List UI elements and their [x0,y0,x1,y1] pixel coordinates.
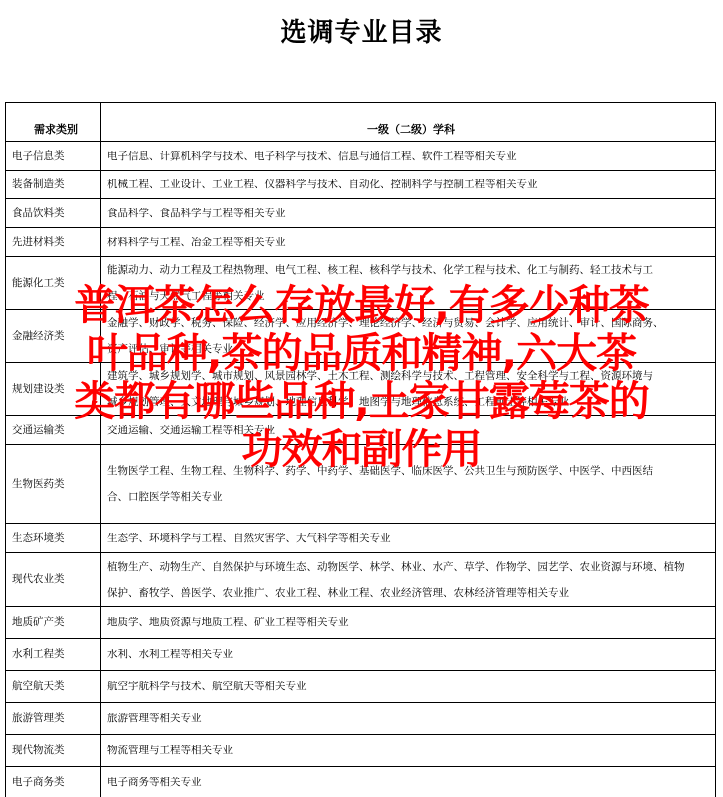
subjects-cell: 能源动力、动力工程及工程热物理、电气工程、核工程、核科学与技术、化学工程与技术、… [101,257,716,310]
category-cell: 规划建设类 [6,363,101,416]
subjects-cell: 生物医学工程、生物工程、生物科学、药学、中药学、基础医学、临床医学、公共卫生与预… [101,445,716,524]
table-row: 现代物流类物流管理与工程等相关专业 [6,735,716,767]
category-cell: 食品饮料类 [6,199,101,228]
subjects-cell: 水利、水利工程等相关专业 [101,639,716,671]
subjects-cell: 食品科学、食品科学与工程等相关专业 [101,199,716,228]
subjects-line: 材料科学与工程、冶金工程等相关专业 [107,237,715,248]
header-category: 需求类别 [6,103,101,142]
subjects-line: 交通运输、交通运输工程等相关专业 [107,425,715,436]
subjects-cell: 地质学、地质资源与地质工程、矿业工程等相关专业 [101,607,716,639]
subjects-line: 食品科学、食品科学与工程等相关专业 [107,208,715,219]
table-row: 规划建设类建筑学、城乡规划学、城市规划、风景园林学、土木工程、测绘科学与技术、工… [6,363,716,416]
subjects-line: 资产评估、审计等相关专业 [107,336,715,362]
table-row: 地质矿产类地质学、地质资源与地质工程、矿业工程等相关专业 [6,607,716,639]
table-row: 交通运输类交通运输、交通运输工程等相关专业 [6,416,716,445]
category-cell: 旅游管理类 [6,703,101,735]
category-cell: 现代物流类 [6,735,101,767]
table-row: 先进材料类材料科学与工程、冶金工程等相关专业 [6,228,716,257]
category-cell: 电子信息类 [6,142,101,171]
subjects-line: 程、石油与天然气工程等相关专业 [107,283,715,309]
subjects-line: 生态学、环境科学与工程、自然灾害学、大气科学等相关专业 [107,533,715,544]
subjects-line: 建筑学、城乡规划学、城市规划、风景园林学、土木工程、测绘科学与技术、工程管理、安… [107,363,715,389]
subjects-cell: 植物生产、动物生产、自然保护与环境生态、动物医学、林学、林业、水产、草学、作物学… [101,553,716,607]
table-row: 食品饮料类食品科学、食品科学与工程等相关专业 [6,199,716,228]
category-cell: 地质矿产类 [6,607,101,639]
subjects-cell: 金融学、财政学、税务、保险、经济学、应用经济学、理论经济学、经济与贸易、会计学、… [101,310,716,363]
subjects-line: 金融学、财政学、税务、保险、经济学、应用经济学、理论经济学、经济与贸易、会计学、… [107,310,715,336]
subjects-line: 航空宇航科学与技术、航空航天等相关专业 [107,681,715,692]
subjects-cell: 材料科学与工程、冶金工程等相关专业 [101,228,716,257]
table-row: 能源化工类能源动力、动力工程及工程热物理、电气工程、核工程、核科学与技术、化学工… [6,257,716,310]
subjects-line: 物流管理与工程等相关专业 [107,745,715,756]
subjects-cell: 生态学、环境科学与工程、自然灾害学、大气科学等相关专业 [101,524,716,553]
category-cell: 生态环境类 [6,524,101,553]
subjects-line: 能源动力、动力工程及工程热物理、电气工程、核工程、核科学与技术、化学工程与技术、… [107,257,715,283]
table-row: 电子信息类电子信息、计算机科学与技术、电子科学与技术、信息与通信工程、软件工程等… [6,142,716,171]
category-cell: 生物医药类 [6,445,101,524]
subjects-line: 合、口腔医学等相关专业 [107,484,715,510]
major-catalog-table: 需求类别 一级（二级）学科 电子信息类电子信息、计算机科学与技术、电子科学与技术… [5,102,716,797]
table-row: 电子商务类电子商务等相关专业 [6,767,716,797]
category-cell: 现代农业类 [6,553,101,607]
category-cell: 装备制造类 [6,171,101,199]
subjects-cell: 电子信息、计算机科学与技术、电子科学与技术、信息与通信工程、软件工程等相关专业 [101,142,716,171]
category-cell: 水利工程类 [6,639,101,671]
subjects-line: 保护、畜牧学、兽医学、农业推广、农业工程、林业工程、农业经济管理、农林经济管理等… [107,580,715,606]
subjects-line: 生物医学工程、生物工程、生物科学、药学、中药学、基础医学、临床医学、公共卫生与预… [107,458,715,484]
subjects-cell: 旅游管理等相关专业 [101,703,716,735]
category-cell: 能源化工类 [6,257,101,310]
subjects-line: 旅游管理等相关专业 [107,713,715,724]
subjects-line: 机械工程、工业设计、工业工程、仪器科学与技术、自动化、控制科学与控制工程等相关专… [107,179,715,190]
table-body: 电子信息类电子信息、计算机科学与技术、电子科学与技术、信息与通信工程、软件工程等… [6,142,716,797]
table-header-row: 需求类别 一级（二级）学科 [6,103,716,142]
table-row: 装备制造类机械工程、工业设计、工业工程、仪器科学与技术、自动化、控制科学与控制工… [6,171,716,199]
subjects-cell: 建筑学、城乡规划学、城市规划、风景园林学、土木工程、测绘科学与技术、工程管理、安… [101,363,716,416]
table-row: 现代农业类植物生产、动物生产、自然保护与环境生态、动物医学、林学、林业、水产、草… [6,553,716,607]
subjects-cell: 机械工程、工业设计、工业工程、仪器科学与技术、自动化、控制科学与控制工程等相关专… [101,171,716,199]
subjects-line: 水利、水利工程等相关专业 [107,649,715,660]
table-row: 金融经济类金融学、财政学、税务、保险、经济学、应用经济学、理论经济学、经济与贸易… [6,310,716,363]
category-cell: 金融经济类 [6,310,101,363]
subjects-cell: 交通运输、交通运输工程等相关专业 [101,416,716,445]
table-row: 航空航天类航空宇航科学与技术、航空航天等相关专业 [6,671,716,703]
subjects-line: 城乡规划管理、人文地理与城乡规划、地理信息科学、地图学与地理信息系统、工程硕士等… [107,389,715,415]
table-row: 旅游管理类旅游管理等相关专业 [6,703,716,735]
subjects-cell: 电子商务等相关专业 [101,767,716,797]
subjects-line: 电子信息、计算机科学与技术、电子科学与技术、信息与通信工程、软件工程等相关专业 [107,151,715,162]
subjects-line: 植物生产、动物生产、自然保护与环境生态、动物医学、林学、林业、水产、草学、作物学… [107,554,715,580]
subjects-cell: 物流管理与工程等相关专业 [101,735,716,767]
header-subjects: 一级（二级）学科 [101,103,716,142]
category-cell: 先进材料类 [6,228,101,257]
category-cell: 交通运输类 [6,416,101,445]
table-row: 水利工程类水利、水利工程等相关专业 [6,639,716,671]
subjects-line: 电子商务等相关专业 [107,777,715,788]
category-cell: 电子商务类 [6,767,101,797]
document-title: 选调专业目录 [0,12,723,49]
table-row: 生态环境类生态学、环境科学与工程、自然灾害学、大气科学等相关专业 [6,524,716,553]
table-row: 生物医药类生物医学工程、生物工程、生物科学、药学、中药学、基础医学、临床医学、公… [6,445,716,524]
subjects-line: 地质学、地质资源与地质工程、矿业工程等相关专业 [107,617,715,628]
subjects-cell: 航空宇航科学与技术、航空航天等相关专业 [101,671,716,703]
category-cell: 航空航天类 [6,671,101,703]
